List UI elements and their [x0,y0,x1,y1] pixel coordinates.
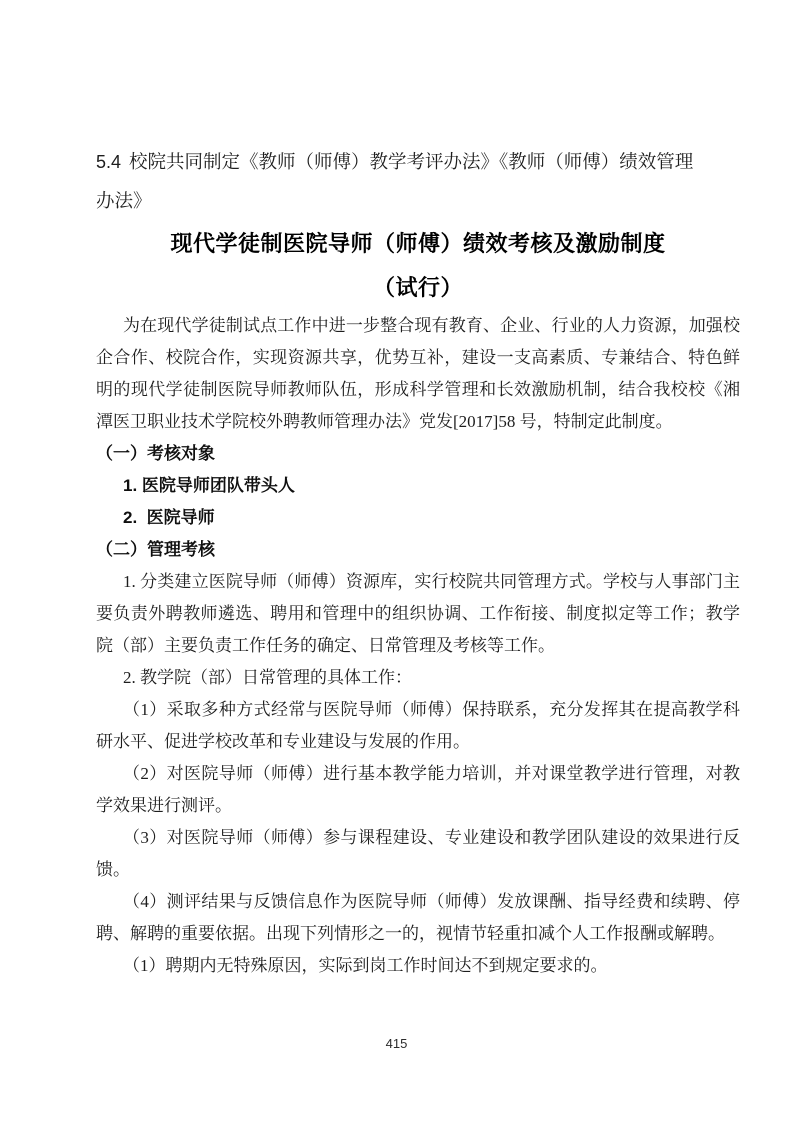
section-2-paragraph-7: （1）聘期内无特殊原因，实际到岗工作时间达不到规定要求的。 [96,950,740,982]
document-content: 5.4校院共同制定《教师（师傅）教学考评办法》《教师（师傅）绩效管理办法》 现代… [96,143,740,982]
section-5-4-paragraph: 5.4校院共同制定《教师（师傅）教学考评办法》《教师（师傅）绩效管理办法》 [96,143,700,222]
preamble-paragraph: 为在现代学徒制试点工作中进一步整合现有教育、企业、行业的人力资源，加强校企合作、… [96,310,740,438]
page-number: 415 [0,1036,793,1051]
section-2-paragraph-6: （4）测评结果与反馈信息作为医院导师（师傅）发放课酬、指导经费和续聘、停聘、解聘… [96,886,740,950]
section-2-paragraph-1: 1. 分类建立医院导师（师傅）资源库，实行校院共同管理方式。学校与人事部门主要负… [96,566,740,662]
section-number: 5.4 [96,152,121,172]
section-2-paragraph-2: 2. 教学院（部）日常管理的具体工作： [96,662,740,694]
section-1-item-2: 2. 医院导师 [96,502,740,534]
document-page: 5.4校院共同制定《教师（师傅）教学考评办法》《教师（师傅）绩效管理办法》 现代… [0,0,793,1122]
section-1-item-1: 1. 医院导师团队带头人 [96,470,740,502]
section-2-paragraph-3: （1）采取多种方式经常与医院导师（师傅）保持联系，充分发挥其在提高教学科研水平、… [96,694,740,758]
section-1-heading: （一）考核对象 [96,438,740,470]
section-5-4-text: 校院共同制定《教师（师傅）教学考评办法》《教师（师傅）绩效管理办法》 [96,153,693,212]
section-2-paragraph-5: （3）对医院导师（师傅）参与课程建设、专业建设和教学团队建设的效果进行反馈。 [96,822,740,886]
document-subtitle: （试行） [96,266,740,310]
section-2-heading: （二）管理考核 [96,534,740,566]
document-title: 现代学徒制医院导师（师傅）绩效考核及激励制度 [96,222,740,266]
section-2-paragraph-4: （2）对医院导师（师傅）进行基本教学能力培训，并对课堂教学进行管理，对教学效果进… [96,758,740,822]
